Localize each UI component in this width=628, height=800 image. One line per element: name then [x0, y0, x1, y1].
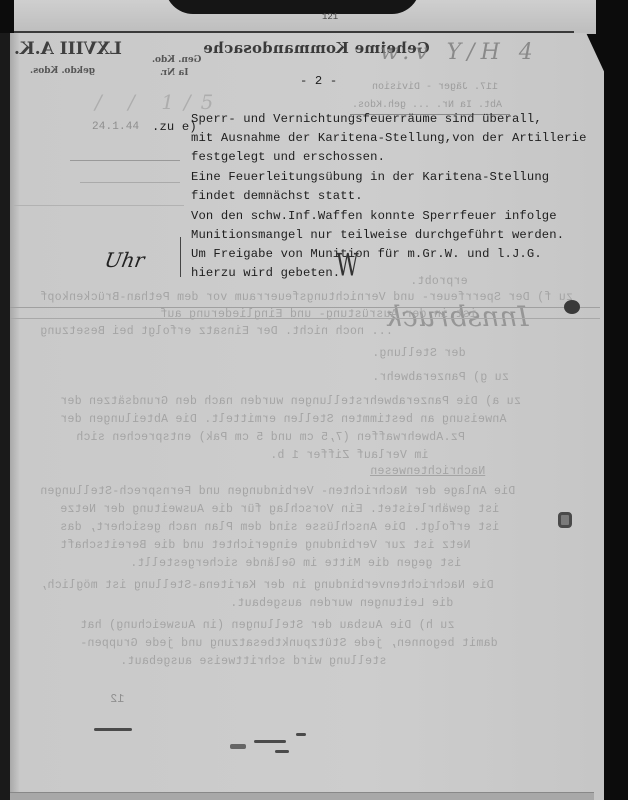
- ink-scribble: [275, 750, 289, 753]
- bleed-line: ist gewährleistet. Ein Vorschlag für die…: [60, 500, 499, 519]
- footer-mark: 12: [110, 690, 124, 709]
- ink-scribble: [254, 740, 286, 743]
- ink-scribble: [94, 728, 132, 731]
- text-line: Von den schw.Inf.Waffen konnte Sperrfeue…: [191, 207, 564, 226]
- text-line: Sperr- und Vernichtungsfeuerräume sind ü…: [191, 110, 587, 129]
- stamp-ia-nr: Ia Nr.: [160, 68, 188, 78]
- paragraph-fire-zones: Sperr- und Vernichtungsfeuerräume sind ü…: [191, 110, 587, 167]
- stamp-gen-kdo: Gen. Kdo.: [152, 55, 201, 65]
- page-number: - 2 -: [300, 72, 337, 91]
- faint-header-line-1: 117. Jäger - Division: [372, 82, 498, 93]
- corps-stamp-numeral: LXVIII A.K.: [14, 39, 122, 59]
- text-line: mit Ausnahme der Karitena-Stellung,von d…: [191, 129, 587, 148]
- bleed-line: zu h) Die Ausbau der Stellungen (in Ausw…: [80, 616, 454, 635]
- bleed-line: der Stellung.: [372, 344, 466, 363]
- paragraph-ammunition-request: Von den schw.Inf.Waffen konnte Sperrfeue…: [191, 207, 564, 283]
- text-line: Munitionsmangel nur teilweise durchgefüh…: [191, 226, 564, 245]
- binder-clip-shadow: [165, 0, 420, 14]
- handwritten-initials: Uhr: [103, 248, 147, 272]
- bleed-line: Die Nachrichtenverbindung in der Kariten…: [40, 576, 494, 595]
- text-line: Um Freigabe von Munition für m.Gr.W. und…: [191, 245, 564, 264]
- margin-sideline: [180, 237, 181, 277]
- faint-margin-line: [70, 160, 180, 161]
- text-line: hierzu wird gebeten.: [191, 264, 564, 283]
- page-fold-line: [10, 792, 594, 793]
- faint-margin-line: [80, 182, 180, 183]
- bleed-line: Netz ist zur Verbindung eingerichtet und…: [60, 536, 470, 555]
- ink-scribble: [230, 744, 246, 749]
- bleed-line: ist gegen die Mitte im Gelände sicherges…: [130, 554, 461, 573]
- bleed-line: ist erfolgt. Die Anschlüsse sind dem Pla…: [60, 518, 499, 537]
- text-line: Eine Feuerleitungsübung in der Karitena-…: [191, 168, 549, 187]
- bleed-line: zu a) Die Panzerabwehrstellungen wurden …: [60, 392, 521, 411]
- stamp-gekdos: gekdo. Kdos.: [30, 66, 95, 76]
- ink-scribble: [296, 733, 306, 736]
- handwritten-check-mark: W: [336, 249, 359, 284]
- archive-folio-mark: 121: [322, 12, 338, 22]
- bleed-line: Nachrichtenwesen: [370, 462, 485, 481]
- handwritten-annotation-top: w.v Y/H 4: [380, 40, 539, 65]
- bleed-line: damit begonnen, jede Stützpunktbesatzung…: [80, 634, 498, 653]
- bleed-line: Pz.Abwehrwaffen (7,5 cm und 5 cm Pak) en…: [76, 428, 465, 447]
- bleed-line: stellung wird schrittweise ausgebaut.: [120, 652, 386, 671]
- bleed-line: Die Anlage der Nachrichten- Verbindungen…: [40, 482, 515, 501]
- scan-border-left: [0, 33, 10, 800]
- bleed-line: ... noch nicht. Der Einsatz erfolgt bei …: [40, 322, 393, 341]
- bleed-line: zu g) Panzerabwehr.: [372, 368, 509, 387]
- text-line: festgelegt und erschossen.: [191, 148, 587, 167]
- paragraph-fire-exercise: Eine Feuerleitungsübung in der Karitena-…: [191, 168, 549, 206]
- page-bottom-fold: [10, 792, 594, 800]
- faint-date: 24.1.44: [92, 118, 139, 137]
- faint-margin-line: [14, 205, 184, 206]
- margin-bracket-mark: [558, 512, 572, 528]
- bleed-line: Anweisung an bestimmten Stellen ermittel…: [60, 410, 506, 429]
- text-line: findet demnächst statt.: [191, 187, 549, 206]
- bleed-line: die Leitungen wurden ausgebaut.: [230, 594, 453, 613]
